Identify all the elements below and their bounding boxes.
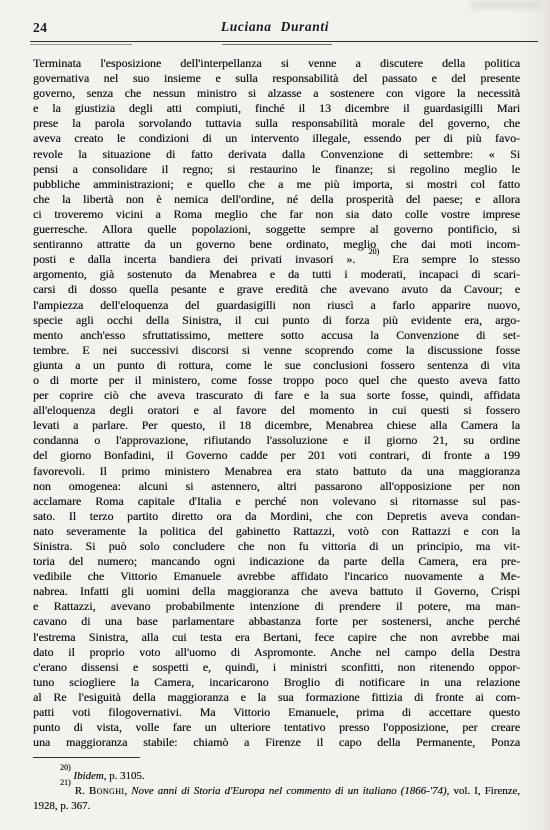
body-line: governativa nel suo insieme e sulla resp…	[33, 71, 520, 86]
body-line: al Re l'esiguità della maggioranza e la …	[33, 690, 520, 705]
body-line: l'estrema Sinistra, alla cui testa era B…	[33, 630, 520, 645]
body-line: governo, senza che nessun ministro si al…	[33, 86, 520, 101]
body-line: sentiranno attratte da un governo bene o…	[33, 237, 520, 252]
body-line: ci troveremo vicini a Roma meglio che fa…	[33, 207, 520, 222]
running-head: Luciana Duranti	[0, 19, 550, 35]
scanned-book-page: 24 Luciana Duranti Terminata l'esposizio…	[0, 0, 550, 830]
body-line: cavano di una base parlamentare abbastan…	[33, 614, 520, 629]
body-line: levati a parlare. Per questo, il 18 dice…	[33, 418, 520, 433]
body-line: sato. Il terzo partito diretto ora da Mo…	[33, 509, 520, 524]
body-line: e Rattazzi, avevano probabilmente intenz…	[33, 599, 520, 614]
body-line: pubbliche amministrazioni; e quello che …	[33, 177, 520, 192]
footnote-text: , p. 3105.	[104, 770, 145, 782]
body-line: acclamare Roma capitale d'Italia e perch…	[33, 494, 520, 509]
body-text: Terminata l'esposizione dell'interpellan…	[33, 56, 520, 750]
body-line: revole la situazione di fatto derivata d…	[33, 147, 520, 162]
footnote-text: R.	[71, 785, 89, 797]
footnote-separator	[33, 757, 140, 758]
body-line: posti e dalla incerta bandiera dei priva…	[33, 252, 520, 267]
body-line: una maggioranza stabile: chiamò a Firenz…	[33, 735, 520, 750]
body-line: specie agli occhi della Sinistra, il cui…	[33, 313, 520, 328]
body-line: che la libertà non è nemica dell'ordine,…	[33, 192, 520, 207]
header-rule	[30, 41, 538, 42]
body-line: argomento, già sostenuto da Menabrea e d…	[33, 267, 520, 282]
footnote-text: Bonghi	[89, 785, 124, 797]
body-line: condanna o l'approvazione, rifiutando l'…	[33, 433, 520, 448]
footnote-number: 21)	[60, 778, 71, 787]
body-line: aveva creato le condizioni di un interve…	[33, 131, 520, 146]
header-rule-artifact-center	[222, 44, 332, 45]
body-line: giunta a un punto di rottura, come le su…	[33, 358, 520, 373]
body-line: toria del numero; mancando ogni indicazi…	[33, 554, 520, 569]
body-line: Terminata l'esposizione dell'interpellan…	[33, 56, 520, 71]
footnotes: 20) Ibidem, p. 3105.21) R. Bonghi, Nove …	[33, 769, 520, 813]
footnote-text: Ibidem	[73, 770, 103, 782]
body-line-text: Era sempre lo stesso	[379, 252, 520, 266]
body-line: vedibile che Vittorio Emanuele avrebbe a…	[33, 569, 520, 584]
body-line: tembre. E nei successivi discorsi si ven…	[33, 343, 520, 358]
body-line-text: posti e dalla incerta bandiera dei priva…	[33, 252, 368, 266]
body-line: favorevoli. Il primo ministero Menabrea …	[33, 464, 520, 479]
scan-smudge	[470, 2, 540, 8]
body-line: punto di vista, volle fare un ulteriore …	[33, 720, 520, 735]
body-line: dato il proprio voto all'uomo di Aspromo…	[33, 645, 520, 660]
body-line: nabrea. Infatti gli uomini della maggior…	[33, 584, 520, 599]
footnote-item: 21) R. Bonghi, Nove anni di Storia d'Eur…	[33, 784, 520, 814]
body-line: per coprire ciò che aveva trascurato di …	[33, 388, 520, 403]
header-rule-artifact-left	[30, 44, 132, 45]
footnote-item: 20) Ibidem, p. 3105.	[33, 769, 520, 784]
body-line: guerresche. Allora quelle popolazioni, s…	[33, 222, 520, 237]
footnote-number: 20)	[60, 763, 71, 772]
body-line: l'ampiezza dell'eloquenza del guardasigi…	[33, 298, 520, 313]
body-line: tuno sciogliere la Camera, incaricarono …	[33, 675, 520, 690]
body-line: c'erano dissensi e sospetti e, quindi, i…	[33, 660, 520, 675]
body-line: carsi di dosso quella pesante e grave er…	[33, 282, 520, 297]
body-line: pensi a consolidare il regno; si restaur…	[33, 162, 520, 177]
body-line: o di morte per il ministero, come fosse …	[33, 373, 520, 388]
footnote-text: Nove anni di Storia d'Europa nel comment…	[131, 785, 446, 797]
body-line: nato severamente la politica del gabinet…	[33, 524, 520, 539]
body-line: mento anch'esso sfruttatissimo, mettere …	[33, 328, 520, 343]
body-line: non omogenea: alcuni si astennero, altri…	[33, 479, 520, 494]
body-line: prese la parola sorvolando tuttavia sull…	[33, 116, 520, 131]
body-line: patti voti filogovernativi. Ma Vittorio …	[33, 705, 520, 720]
body-line: Sinistra. Si può solo concludere che non…	[33, 539, 520, 554]
body-line: all'eloquenza degli oratori e al favore …	[33, 403, 520, 418]
body-line: del giorno Bonfadini, il Governo cadde p…	[33, 448, 520, 463]
footnote-ref-20: 20)	[368, 247, 379, 256]
body-line: e la giustizia degli atti compiuti, finc…	[33, 101, 520, 116]
